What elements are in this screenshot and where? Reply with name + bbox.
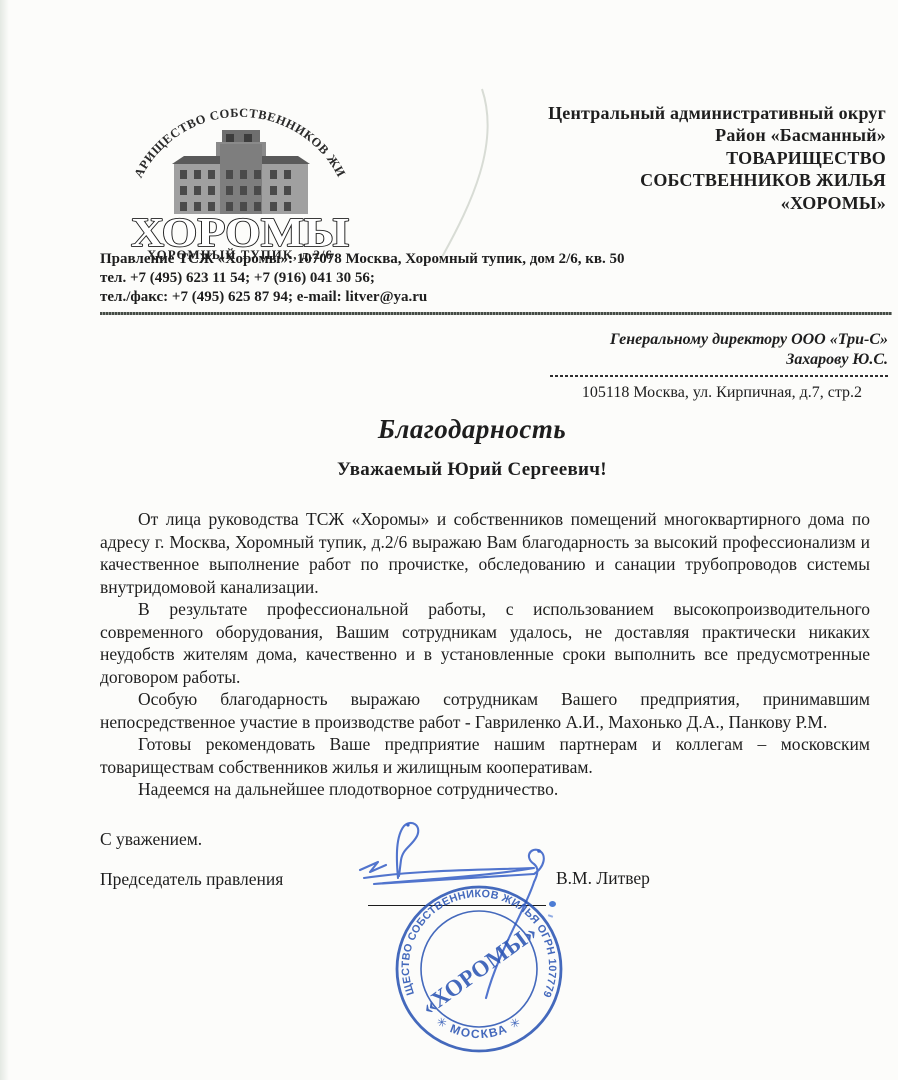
scanned-letter-page: ТОВАРИЩЕСТВО СОБСТВЕННИКОВ ЖИЛЬЯ (0, 0, 898, 1080)
logo: ТОВАРИЩЕСТВО СОБСТВЕННИКОВ ЖИЛЬЯ (122, 96, 357, 261)
recipient-line-2: Захарову Ю.С. (450, 350, 888, 370)
salutation: Уважаемый Юрий Сергеевич! (100, 459, 844, 481)
stamp-bottom-text: ✳ МОСКВА ✳ (434, 1014, 525, 1041)
org-header: Центральный административный округ Район… (420, 102, 886, 214)
title-block: Благодарность Уважаемый Юрий Сергеевич! (100, 414, 844, 481)
recipient-line-1: Генеральному директору ООО «Три-С» (450, 330, 888, 350)
paragraph: Особую благодарность выражаю сотрудникам… (100, 688, 870, 733)
org-header-line: СОБСТВЕННИКОВ ЖИЛЬЯ (420, 169, 886, 191)
building-illustration (172, 130, 310, 214)
paragraph: Надеемся на дальнейшее плодотворное сотр… (100, 778, 870, 801)
recipient-address: 105118 Москва, ул. Кирпичная, д.7, стр.2 (450, 383, 888, 403)
org-header-line: ТОВАРИЩЕСТВО (420, 147, 886, 169)
contact-block: Правление ТСЖ «Хоромы»: 107078 Москва, Х… (100, 250, 660, 306)
closing-regards: С уважением. (100, 829, 202, 850)
recipient-divider (550, 375, 888, 377)
contact-line-fax-email: тел./факс: +7 (495) 625 87 94; e-mail: l… (100, 288, 660, 307)
contact-line-address: Правление ТСЖ «Хоромы»: 107078 Москва, Х… (100, 250, 660, 269)
signer-name: В.М. Литвер (556, 868, 650, 889)
ink-dot (549, 901, 556, 907)
letter-body: От лица руководства ТСЖ «Хоромы» и собст… (100, 508, 870, 801)
stamp-center-text: «ХОРОМЫ» (417, 919, 542, 1019)
org-header-line: «ХОРОМЫ» (420, 192, 886, 214)
letter-title: Благодарность (100, 414, 844, 445)
recipient-block: Генеральному директору ООО «Три-С» Захар… (450, 330, 888, 403)
org-header-line: Центральный административный округ (420, 102, 886, 124)
paragraph: В результате профессиональной работы, с … (100, 598, 870, 688)
paragraph: Готовы рекомендовать Ваше предприятие на… (100, 733, 870, 778)
contact-line-phone: тел. +7 (495) 623 11 54; +7 (916) 041 30… (100, 269, 660, 288)
paragraph: От лица руководства ТСЖ «Хоромы» и собст… (100, 508, 870, 598)
header-rule (100, 312, 892, 315)
signer-position: Председатель правления (100, 869, 283, 890)
org-header-line: Район «Басманный» (420, 124, 886, 146)
stamp: ТОВАРИЩЕСТВО СОБСТВЕННИКОВ ЖИЛЬЯ ОГРН 10… (390, 880, 568, 1058)
